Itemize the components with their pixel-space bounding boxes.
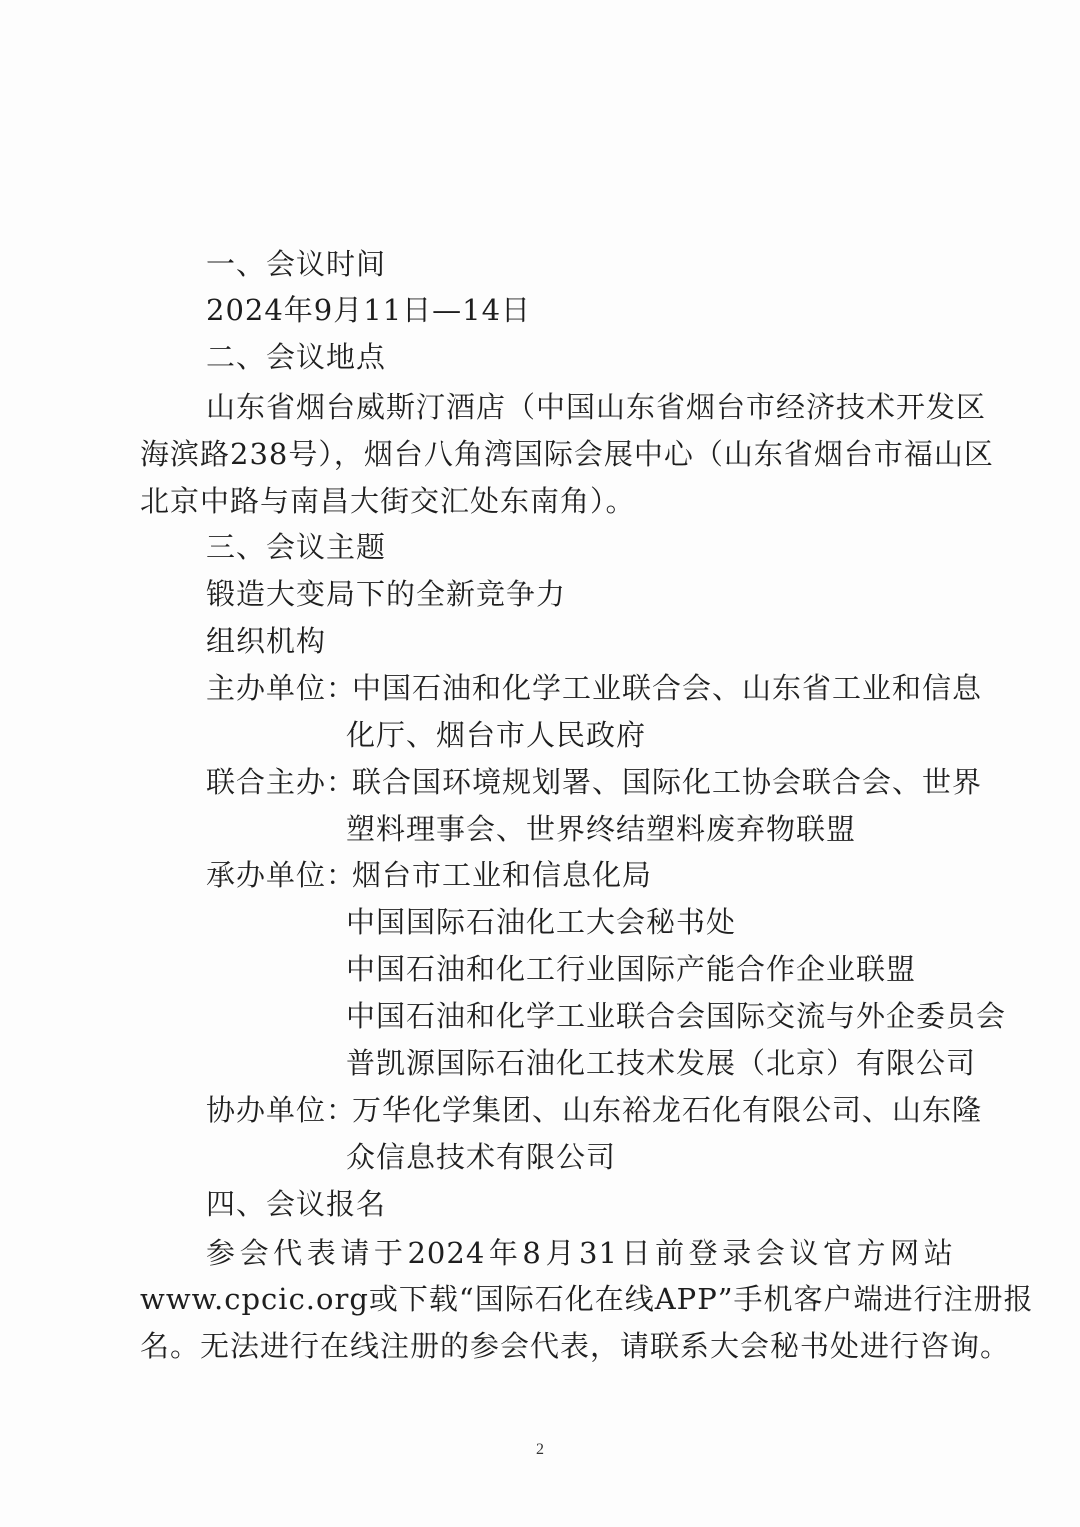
organizer-value-cont: 普凯源国际石油化工技术发展（北京）有限公司 (346, 1043, 976, 1083)
text-char: 8 (522, 1233, 541, 1273)
location-line-2: 海滨路238号），烟台八角湾国际会展中心（山东省烟台市福山区 (140, 434, 994, 474)
document-page: 一、会议时间 2024年9月11日—14日 二、会议地点 山东省烟台威斯汀酒店（… (0, 0, 1080, 1527)
registration-line-2: www.cpcic.org或下载“国际石化在线APP”手机客户端进行注册报 (140, 1279, 1034, 1319)
text-char: 代 (273, 1233, 303, 1273)
text-char: 年 (489, 1233, 519, 1273)
text-char: 方 (857, 1233, 887, 1273)
organizer-label: 主办单位： (206, 668, 352, 708)
text-char: 官 (823, 1233, 853, 1273)
organizer-row-undertaker: 承办单位：烟台市工业和信息化局 (206, 855, 652, 895)
meeting-theme: 锻造大变局下的全新竞争力 (206, 574, 566, 614)
organizer-value-cont: 化厅、烟台市人民政府 (346, 715, 646, 755)
meeting-dates: 2024年9月11日—14日 (206, 290, 531, 330)
text-char: 日 (621, 1233, 651, 1273)
text-char: 议 (789, 1233, 819, 1273)
organizer-row-co-organizer: 协办单位：万华化学集团、山东裕龙石化有限公司、山东隆 (206, 1090, 982, 1130)
text-char: 表 (307, 1233, 337, 1273)
organizer-value-cont: 众信息技术有限公司 (346, 1137, 616, 1177)
organizer-row-host: 主办单位：中国石油和化学工业联合会、山东省工业和信息 (206, 668, 982, 708)
text-char: 2024 (407, 1233, 485, 1273)
section-heading-registration: 四、会议报名 (206, 1184, 386, 1224)
organizer-value-cont: 中国石油和化工行业国际产能合作企业联盟 (346, 949, 916, 989)
section-heading-theme: 三、会议主题 (206, 527, 386, 567)
location-line-1: 山东省烟台威斯汀酒店（中国山东省烟台市经济技术开发区 (206, 387, 986, 427)
text-char: 前 (655, 1233, 685, 1273)
text-char: 月 (545, 1233, 575, 1273)
text-char: 站 (924, 1233, 954, 1273)
organizer-value-cont: 塑料理事会、世界终结塑料废弃物联盟 (346, 809, 856, 849)
text-char: 登 (689, 1233, 719, 1273)
registration-line-3: 名。无法进行在线注册的参会代表，请联系大会秘书处进行咨询。 (140, 1326, 1010, 1366)
location-line-3: 北京中路与南昌大街交汇处东南角）。 (140, 481, 636, 521)
organizer-label: 承办单位： (206, 855, 352, 895)
organizer-value: 万华化学集团、山东裕龙石化有限公司、山东隆 (352, 1093, 982, 1127)
organizer-label: 联合主办： (206, 762, 352, 802)
organizer-row-cohost: 联合主办：联合国环境规划署、国际化工协会联合会、世界 (206, 762, 982, 802)
section-heading-time: 一、会议时间 (206, 244, 386, 284)
text-char: 参 (206, 1233, 236, 1273)
organization-title: 组织机构 (206, 621, 326, 661)
organizer-value: 联合国环境规划署、国际化工协会联合会、世界 (352, 765, 982, 799)
text-char: 会 (756, 1233, 786, 1273)
text-char: 会 (240, 1233, 270, 1273)
text-char: 录 (722, 1233, 752, 1273)
text-char: 网 (890, 1233, 920, 1273)
organizer-value-cont: 中国国际石油化工大会秘书处 (346, 902, 736, 942)
organizer-value: 烟台市工业和信息化局 (352, 858, 652, 892)
page-number: 2 (0, 1441, 1080, 1459)
organizer-value-cont: 中国石油和化学工业联合会国际交流与外企委员会 (346, 996, 1006, 1036)
section-heading-location: 二、会议地点 (206, 337, 386, 377)
organizer-label: 协办单位： (206, 1090, 352, 1130)
text-char: 请 (340, 1233, 370, 1273)
text-char: 于 (374, 1233, 404, 1273)
registration-line-1: 参 会 代 表 请 于 2024 年 8 月 31 日 前 登 录 会 议 官 … (206, 1233, 954, 1273)
text-char: 31 (579, 1233, 618, 1273)
organizer-value: 中国石油和化学工业联合会、山东省工业和信息 (352, 671, 982, 705)
